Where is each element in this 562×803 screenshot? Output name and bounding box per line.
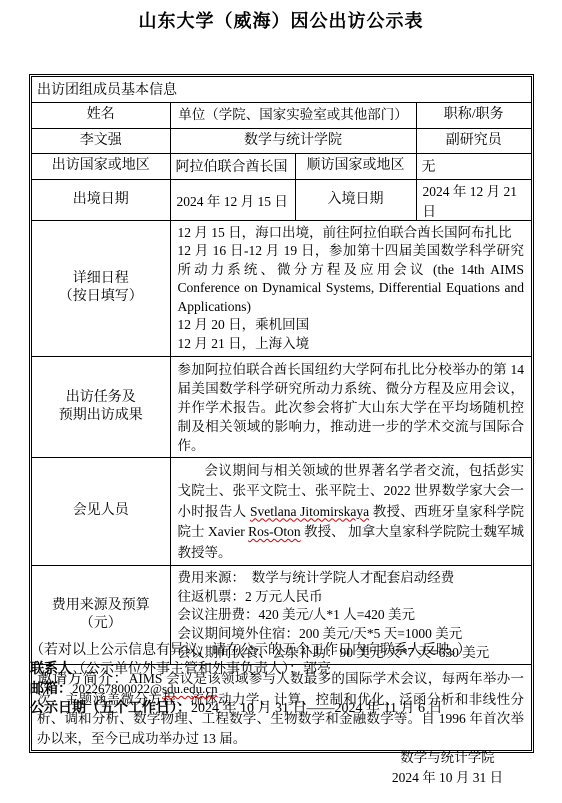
publicity-value: 2024 年 10 月 31 日——2024 年 11 月 6 日: [191, 701, 442, 716]
meetings-label: 会见人员: [32, 457, 170, 566]
itinerary-label-line2: （按日填写）: [32, 288, 170, 306]
email-domain: sdu.edu.cn: [162, 681, 218, 696]
publicity-label: 公示日期（五个工作日）：: [30, 701, 191, 716]
table-row: 出访任务及 预期出访成果 参加阿拉伯联合酋长国纽约大学阿布扎比分校举办的第 14…: [32, 356, 531, 457]
page-title: 山东大学（威海）因公出访公示表: [0, 7, 562, 33]
tasks-label-line1: 出访任务及: [32, 389, 170, 407]
unit-header-cell: 单位（学院、国家实验室或其他部门）: [170, 102, 416, 128]
transit-country-label: 顺访国家或地区: [295, 153, 416, 179]
contact-value: （公示单位外事主管和外事负责人）：郭亮: [72, 662, 331, 677]
entry-date-value: 2024 年 12 月 21 日: [416, 179, 531, 220]
entry-date-label: 入境日期: [295, 179, 416, 220]
meetings-text: 会议期间与相关领域的世界著名学者交流，包括彭实戈院士、张平文院士、张平院士、20…: [178, 461, 525, 564]
budget-label-line2: （元）: [32, 615, 170, 633]
section-header: 出访团组成员基本信息: [32, 77, 531, 102]
itinerary-content: 12 月 15 日，海口出境，前往阿拉伯联合酋长国阿布扎比 12 月 16 日-…: [170, 220, 531, 356]
table-row: 出访团组成员基本信息: [32, 77, 531, 102]
table-row: 详细日程 （按日填写） 12 月 15 日，海口出境，前往阿拉伯联合酋长国阿布扎…: [32, 220, 531, 356]
itinerary-label: 详细日程 （按日填写）: [32, 220, 170, 356]
name-header-cell: 姓名: [32, 102, 170, 128]
budget-line: 费用来源： 数学与统计学院人才配套启动经费: [178, 569, 525, 588]
itinerary-line: 12 月 21 日，上海入境: [178, 335, 525, 354]
tasks-text: 参加阿拉伯联合酋长国纽约大学阿布扎比分校举办的第 14 届美国数学科学研究所动力…: [178, 360, 525, 455]
itinerary-line: 12 月 20 日，乘机回国: [178, 316, 525, 335]
signature-department: 数学与统计学院: [340, 748, 555, 768]
table-row: 出访国家或地区 阿拉伯联合酋长国 顺访国家或地区 无: [32, 153, 531, 179]
footer-notes: （若对以上公示信息有异议，请在公示的五个工作日内向联系人反映。） 联系人（公示单…: [30, 641, 542, 718]
email-line: 邮箱：202267800022@sdu.edu.cn: [30, 679, 542, 699]
table-row: 会见人员 会议期间与相关领域的世界著名学者交流，包括彭实戈院士、张平文院士、张平…: [32, 457, 531, 566]
meetings-content: 会议期间与相关领域的世界著名学者交流，包括彭实戈院士、张平文院士、张平院士、20…: [170, 457, 531, 566]
itinerary-label-line1: 详细日程: [32, 270, 170, 288]
member-unit-cell: 数学与统计学院: [170, 128, 416, 153]
visit-country-value: 阿拉伯联合酋长国: [170, 153, 295, 179]
meetings-person-name: Svetlana Jitomirskaya: [250, 504, 369, 519]
signature-date: 2024 年 10 月 31 日: [340, 768, 555, 788]
announcement-page: 山东大学（威海）因公出访公示表 出访团组成员基本信息 姓名 单位（学院、国家实验…: [0, 0, 562, 803]
tasks-label: 出访任务及 预期出访成果: [32, 356, 170, 457]
budget-label-line1: 费用来源及预算: [32, 597, 170, 615]
member-position-cell: 副研究员: [416, 128, 531, 153]
publicity-date-line: 公示日期（五个工作日）：2024 年 10 月 31 日——2024 年 11 …: [30, 699, 542, 718]
itinerary-line: 12 月 15 日，海口出境，前往阿拉伯联合酋长国阿布扎比: [178, 224, 525, 243]
transit-country-value: 无: [416, 153, 531, 179]
exit-date-value: 2024 年 12 月 15 日: [170, 179, 295, 220]
budget-line: 会议注册费：420 美元/人*1 人=420 美元: [178, 606, 525, 625]
email-label: 邮箱：: [30, 682, 72, 697]
exit-date-label: 出境日期: [32, 179, 170, 220]
email-address: 202267800022@sdu.edu.cn: [72, 681, 218, 696]
budget-line: 往返机票：2 万元人民币: [178, 588, 525, 607]
table-row: 出境日期 2024 年 12 月 15 日 入境日期 2024 年 12 月 2…: [32, 179, 531, 220]
member-name-cell: 李文强: [32, 128, 170, 153]
position-header-cell: 职称/职务: [416, 102, 531, 128]
signature-block: 数学与统计学院 2024 年 10 月 31 日: [340, 748, 555, 788]
tasks-content: 参加阿拉伯联合酋长国纽约大学阿布扎比分校举办的第 14 届美国数学科学研究所动力…: [170, 356, 531, 457]
itinerary-line: 12 月 16 日-12 月 19 日，参加第十四届美国数学科学研究所动力系统、…: [178, 242, 525, 316]
contact-line: 联系人（公示单位外事主管和外事负责人）：郭亮: [30, 660, 542, 679]
email-prefix: 202267800022@: [72, 681, 162, 696]
objection-note: （若对以上公示信息有异议，请在公示的五个工作日内向联系人反映。）: [30, 641, 542, 660]
table-row: 李文强 数学与统计学院 副研究员: [32, 128, 531, 153]
tasks-label-line2: 预期出访成果: [32, 407, 170, 425]
table-row: 姓名 单位（学院、国家实验室或其他部门） 职称/职务: [32, 102, 531, 128]
meetings-person-name: Ros-Oton: [248, 524, 301, 539]
contact-label: 联系人: [30, 662, 72, 677]
visit-country-label: 出访国家或地区: [32, 153, 170, 179]
